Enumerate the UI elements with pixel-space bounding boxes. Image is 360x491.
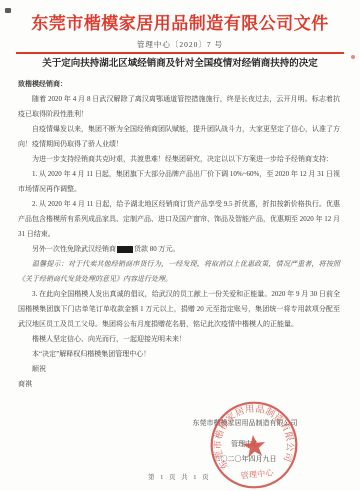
document-body: 致楷模经销商： 随着 2020 年 4 月 8 日武汉解除了离汉离鄂通道管控措施…	[18, 77, 340, 392]
scan-artifact-red	[351, 55, 355, 59]
letterhead-divider	[16, 52, 344, 54]
waiver-line: 另外一次性免除武汉经销商货款 80 万元。	[18, 242, 340, 257]
notice-line: 温馨提示：对于代卖其他经销商串货行为，一经发现，将取消以上优惠政策，情况严重者，…	[18, 257, 340, 287]
regards-line-1: 顺祝	[18, 362, 340, 377]
closing-line-1: 楷模人坚定信心、向光而行，一起迎接光明未来！	[18, 332, 340, 347]
letterhead-title: 东莞市楷模家居用品制造有限公司文件	[0, 11, 360, 37]
paragraph-intro-2: 自疫情爆发以来，集团不断为全国经销商团队赋能，提升团队战斗力，大家更坚定了信心，…	[18, 122, 340, 152]
company-seal: 东莞市楷模家居用品制造有限公司 管理中心	[203, 394, 304, 491]
closing-line-2: 本“决定”解释权归楷模集团管理中心！	[18, 347, 340, 362]
page-number: 第 1 页 共 1 页	[148, 472, 211, 481]
regards-line-2: 商祺	[18, 377, 340, 392]
seal-ring-text: 东莞市楷模家居用品制造有限公司	[208, 400, 298, 473]
policy-item-1: 1. 从 2020 年 4 月 11 日起，集团旗下大部分品牌产品出厂价下调 1…	[18, 167, 340, 197]
document-page: 东莞市楷模家居用品制造有限公司文件 管理中心〔2020〕7 号 关于定向扶持湖北…	[0, 0, 360, 491]
redacted-text	[117, 246, 133, 253]
waiver-suffix: 货款 80 万元。	[134, 245, 180, 253]
document-subject-title: 关于定向扶持湖北区域经销商及针对全国疫情对经销商扶持的决定	[18, 57, 342, 71]
paragraph-intro-3: 为进一步支持经销商共克时艰，共渡患难！经集团研究，决定以以下方案进一步给予经销商…	[18, 152, 340, 167]
salutation: 致楷模经销商：	[18, 77, 340, 92]
policy-item-3: 3. 在此向全国楷模人发出真诚的倡议，给武汉的员工献上一份关爱和正能量。2020…	[18, 287, 340, 332]
policy-item-2: 2. 从 2020 年 4 月 11 日起，给予湖北地区经销商订货产品享受 9.…	[18, 197, 340, 242]
svg-text:东莞市楷模家居用品制造有限公司: 东莞市楷模家居用品制造有限公司	[208, 400, 298, 473]
seal-center-text: 管理中心	[240, 467, 275, 480]
document-number: 管理中心〔2020〕7 号	[0, 39, 360, 50]
paragraph-intro-1: 随着 2020 年 4 月 8 日武汉解除了离汉离鄂通道管控措施施行，终是长夜过…	[18, 92, 340, 122]
waiver-prefix: 另外一次性免除武汉经销商	[32, 245, 116, 253]
seal-star-icon	[242, 434, 267, 458]
